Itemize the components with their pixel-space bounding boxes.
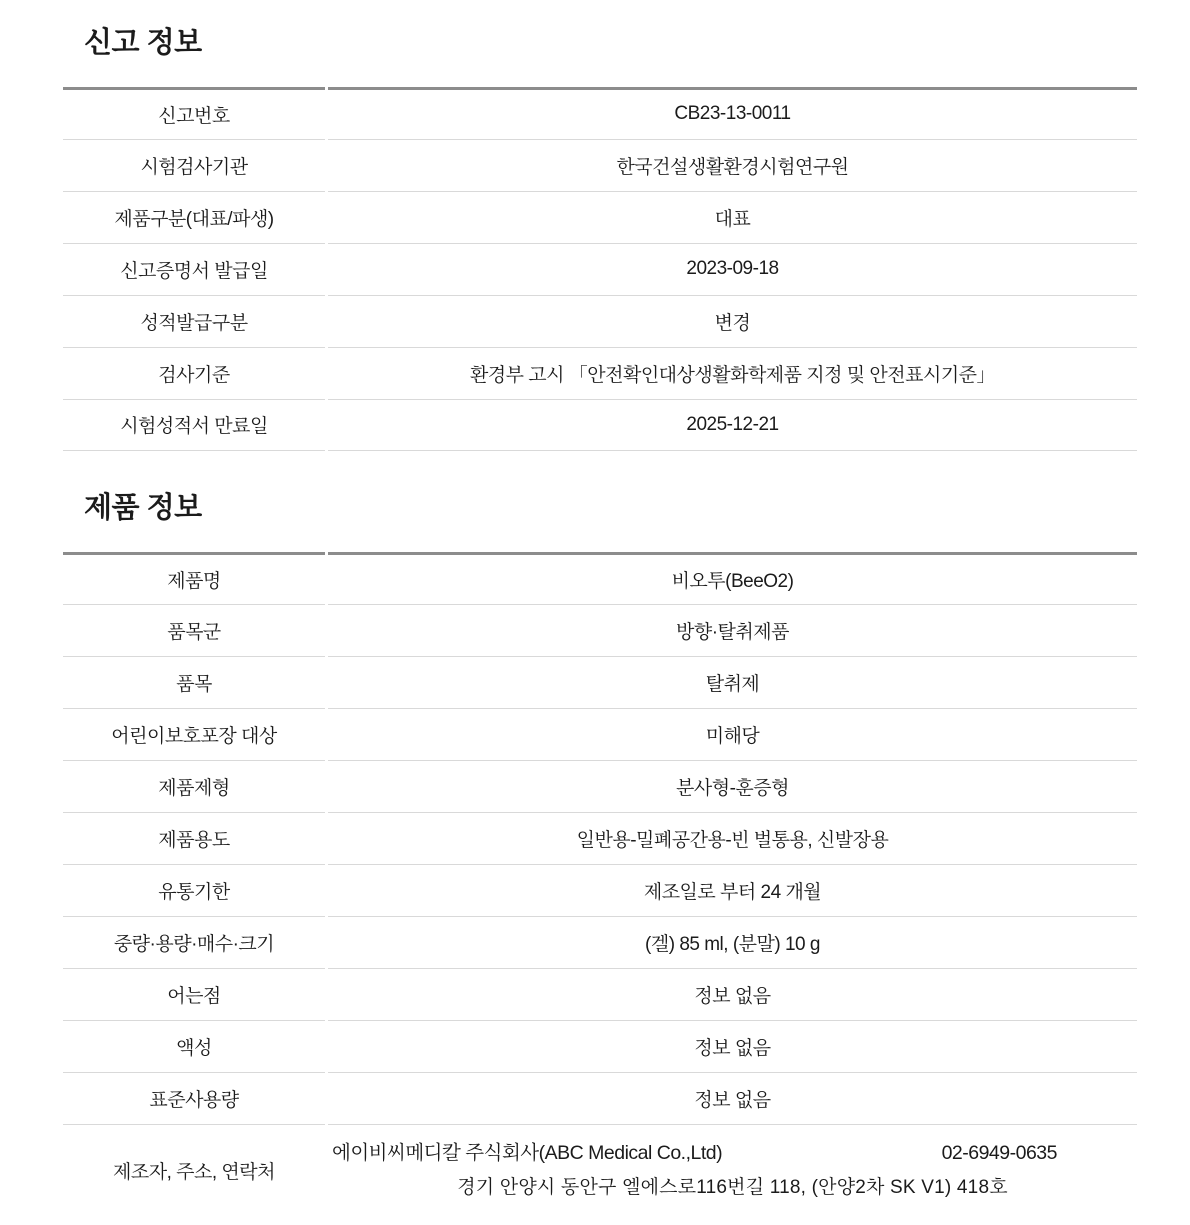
row-value: 방향·탈취제품 [328, 604, 1137, 656]
table-row: 제품구분(대표/파생) 대표 [63, 191, 1137, 243]
row-label: 중량·용량·매수·크기 [63, 916, 325, 968]
row-label: 신고번호 [63, 87, 325, 139]
row-label: 제품용도 [63, 812, 325, 864]
page: 신고 정보 신고번호 CB23-13-0011 시험검사기관 한국건설생활환경시… [0, 0, 1190, 1225]
table-row: 액성 정보 없음 [63, 1020, 1137, 1072]
row-label: 검사기준 [63, 347, 325, 399]
section-product-info: 제품 정보 제품명 비오투(BeeO2) 품목군 방향·탈취제품 품목 탈취제 … [60, 491, 1140, 1216]
table-row: 어는점 정보 없음 [63, 968, 1137, 1020]
row-value: 제조일로 부터 24 개월 [328, 864, 1137, 916]
table-row: 표준사용량 정보 없음 [63, 1072, 1137, 1124]
product-info-table: 제품명 비오투(BeeO2) 품목군 방향·탈취제품 품목 탈취제 어린이보호포… [60, 552, 1140, 1216]
row-label: 시험검사기관 [63, 139, 325, 191]
row-value: 미해당 [328, 708, 1137, 760]
manufacturer-line: 에이비씨메디칼 주식회사(ABC Medical Co.,Ltd) 02-694… [332, 1135, 1133, 1171]
table-row: 성적발급구분 변경 [63, 295, 1137, 347]
table-row: 어린이보호포장 대상 미해당 [63, 708, 1137, 760]
manufacturer-address: 경기 안양시 동안구 엘에스로116번길 118, (안양2차 SK V1) 4… [332, 1171, 1133, 1205]
row-label: 품목군 [63, 604, 325, 656]
table-row: 제품제형 분사형-훈증형 [63, 760, 1137, 812]
row-label: 시험성적서 만료일 [63, 399, 325, 451]
table-row: 신고번호 CB23-13-0011 [63, 87, 1137, 139]
row-label: 성적발급구분 [63, 295, 325, 347]
table-row: 품목군 방향·탈취제품 [63, 604, 1137, 656]
row-value: 비오투(BeeO2) [328, 552, 1137, 604]
row-label: 품목 [63, 656, 325, 708]
row-value: 변경 [328, 295, 1137, 347]
report-info-table: 신고번호 CB23-13-0011 시험검사기관 한국건설생활환경시험연구원 제… [60, 87, 1140, 451]
row-value: (겔) 85 ml, (분말) 10 g [328, 916, 1137, 968]
row-label: 유통기한 [63, 864, 325, 916]
manufacturer-phone: 02-6949-0635 [942, 1135, 1057, 1171]
row-label: 제품구분(대표/파생) [63, 191, 325, 243]
table-row: 중량·용량·매수·크기 (겔) 85 ml, (분말) 10 g [63, 916, 1137, 968]
row-value: 정보 없음 [328, 1020, 1137, 1072]
section-report-info: 신고 정보 신고번호 CB23-13-0011 시험검사기관 한국건설생활환경시… [60, 26, 1140, 451]
row-label: 어린이보호포장 대상 [63, 708, 325, 760]
row-value: 탈취제 [328, 656, 1137, 708]
section-title-product-info: 제품 정보 [84, 491, 1140, 526]
table-row: 검사기준 환경부 고시 「안전확인대상생활화학제품 지정 및 안전표시기준」 [63, 347, 1137, 399]
table-row: 시험검사기관 한국건설생활환경시험연구원 [63, 139, 1137, 191]
row-value: 2023-09-18 [328, 243, 1137, 295]
table-row: 시험성적서 만료일 2025-12-21 [63, 399, 1137, 451]
table-row: 유통기한 제조일로 부터 24 개월 [63, 864, 1137, 916]
row-value: 정보 없음 [328, 1072, 1137, 1124]
row-label: 신고증명서 발급일 [63, 243, 325, 295]
row-value: 대표 [328, 191, 1137, 243]
row-value: 분사형-훈증형 [328, 760, 1137, 812]
row-value: 일반용-밀폐공간용-빈 벌통용, 신발장용 [328, 812, 1137, 864]
row-value: 환경부 고시 「안전확인대상생활화학제품 지정 및 안전표시기준」 [328, 347, 1137, 399]
row-label: 제조자, 주소, 연락처 [63, 1124, 325, 1216]
row-value: 한국건설생활환경시험연구원 [328, 139, 1137, 191]
section-title-report-info: 신고 정보 [84, 26, 1140, 61]
table-row: 신고증명서 발급일 2023-09-18 [63, 243, 1137, 295]
row-label: 제품제형 [63, 760, 325, 812]
manufacturer-name: 에이비씨메디칼 주식회사(ABC Medical Co.,Ltd) [332, 1135, 722, 1171]
row-value: CB23-13-0011 [328, 87, 1137, 139]
row-label: 액성 [63, 1020, 325, 1072]
row-label: 제품명 [63, 552, 325, 604]
table-row: 제품명 비오투(BeeO2) [63, 552, 1137, 604]
table-row: 제품용도 일반용-밀폐공간용-빈 벌통용, 신발장용 [63, 812, 1137, 864]
row-label: 어는점 [63, 968, 325, 1020]
table-row: 품목 탈취제 [63, 656, 1137, 708]
row-value: 정보 없음 [328, 968, 1137, 1020]
row-value: 2025-12-21 [328, 399, 1137, 451]
manufacturer-cell: 에이비씨메디칼 주식회사(ABC Medical Co.,Ltd) 02-694… [328, 1124, 1137, 1216]
row-label: 표준사용량 [63, 1072, 325, 1124]
table-row-manufacturer: 제조자, 주소, 연락처 에이비씨메디칼 주식회사(ABC Medical Co… [63, 1124, 1137, 1216]
